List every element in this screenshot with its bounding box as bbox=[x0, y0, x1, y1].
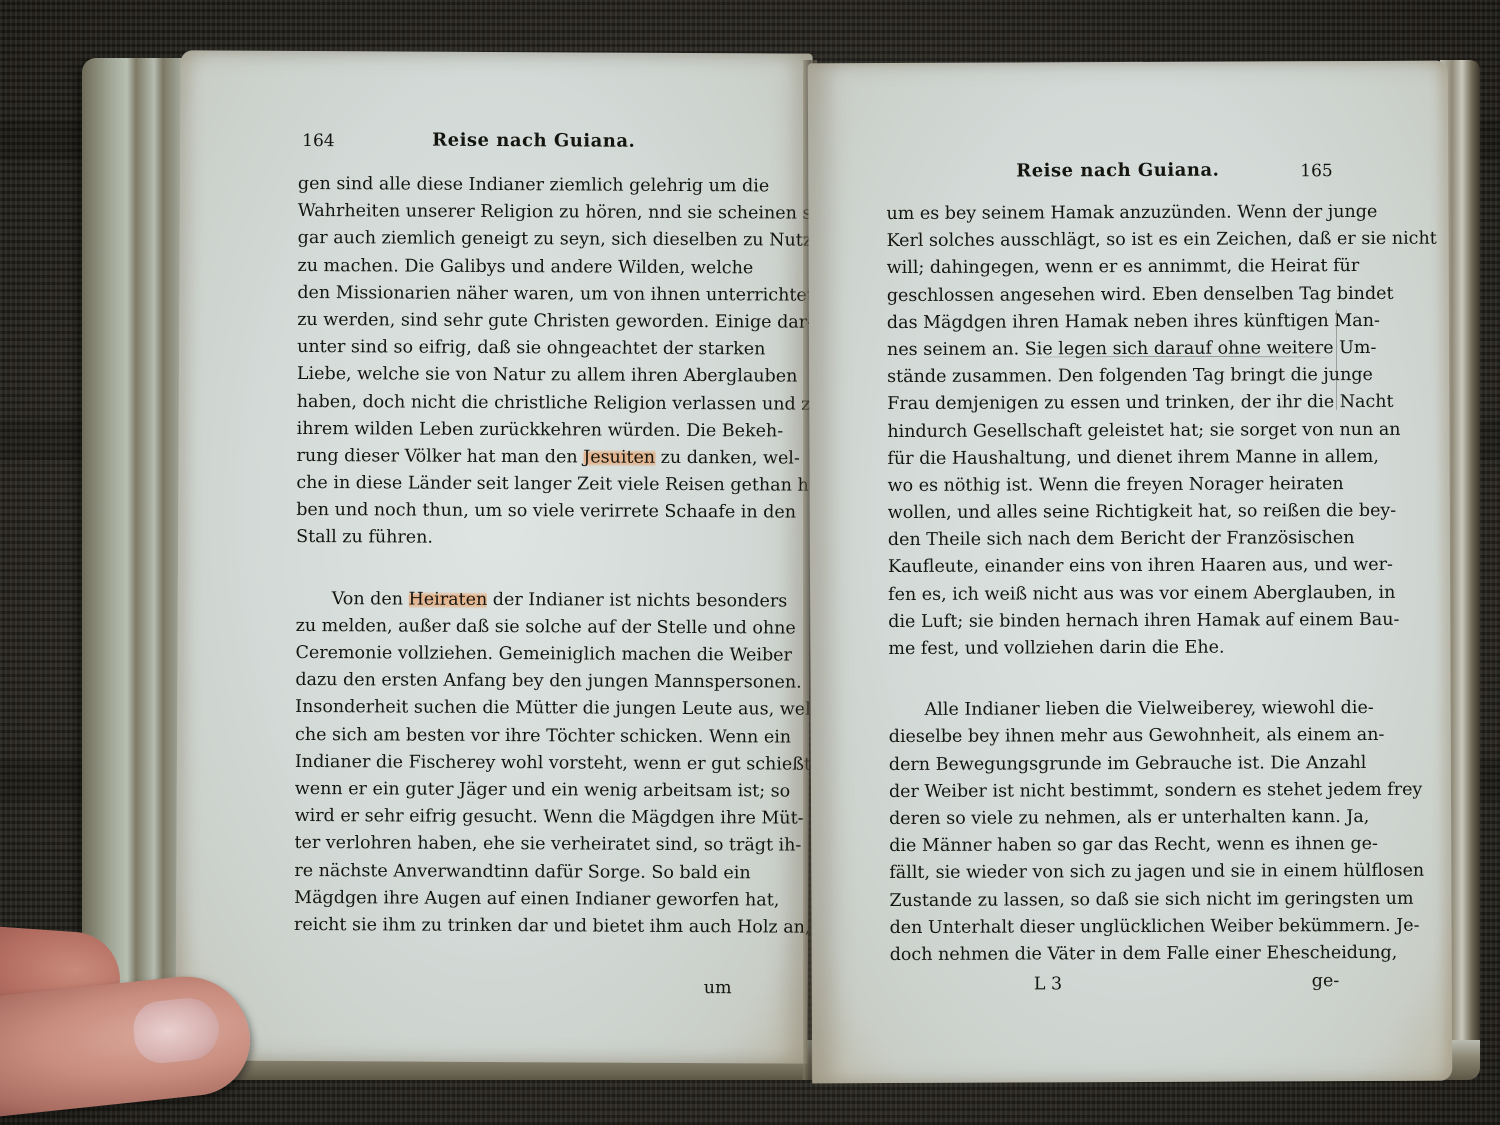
page-number-right: 165 bbox=[1300, 161, 1333, 181]
pencil-underline-mark bbox=[1030, 356, 1330, 359]
text-line: haben, doch nicht die christliche Religi… bbox=[297, 388, 745, 418]
left-page: 164 Reise nach Guiana. gen sind alle die… bbox=[175, 50, 812, 1063]
text-line: ihrem wilden Leben zurückkehren würden. … bbox=[297, 416, 745, 446]
text-line: wo es nöthig ist. Wenn die freyen Norage… bbox=[888, 471, 1336, 500]
text-line: den Theile sich nach dem Bericht der Fra… bbox=[888, 525, 1336, 554]
thumb bbox=[0, 970, 255, 1120]
text-line: dern Bewegungsgrunde im Gebrauche ist. D… bbox=[889, 750, 1337, 779]
text-line: wird er sehr eifrig gesucht. Wenn die Mä… bbox=[295, 803, 743, 833]
text-line: zu werden, sind sehr gute Christen gewor… bbox=[297, 307, 745, 337]
text-line: die Luft; sie binden hernach ihren Hamak… bbox=[888, 607, 1336, 636]
pencil-margin-mark bbox=[1336, 310, 1339, 410]
running-header-right: Reise nach Guiana. bbox=[1016, 160, 1219, 182]
catchword-right: ge- bbox=[1312, 971, 1340, 991]
text-line: re nächste Anverwandtinn dafür Sorge. So… bbox=[294, 857, 742, 887]
text-line: den Missionarien näher waren, um von ihn… bbox=[297, 280, 745, 310]
running-header-left: Reise nach Guiana. bbox=[432, 130, 635, 152]
text-line: den Unterhalt dieser unglücklichen Weibe… bbox=[889, 913, 1337, 942]
text-line: doch nehmen die Väter in dem Falle einer… bbox=[890, 940, 1338, 969]
text-line: fällt, sie wieder von sich zu jagen und … bbox=[889, 858, 1337, 887]
page-number-left: 164 bbox=[302, 131, 335, 151]
text-line: wenn er ein guter Jäger und ein wenig ar… bbox=[295, 776, 743, 806]
text-line: geschlossen angesehen wird. Eben denselb… bbox=[887, 281, 1335, 310]
text-line: Stall zu führen. bbox=[296, 524, 744, 554]
text-line: Zustande zu lassen, so daß sie sich nich… bbox=[889, 886, 1337, 915]
text-line: zu melden, außer daß sie solche auf der … bbox=[296, 613, 744, 643]
text-line: das Mägdgen ihren Hamak neben ihres künf… bbox=[887, 308, 1335, 337]
signature-mark: L 3 bbox=[1034, 974, 1062, 994]
text-line: che sich am besten vor ihre Töchter schi… bbox=[295, 722, 743, 752]
text-line: der Weiber ist nicht bestimmt, sondern e… bbox=[889, 777, 1337, 806]
text-line: will; dahingegen, wenn er es annimmt, di… bbox=[887, 253, 1335, 282]
right-page-text: um es bey seinem Hamak anzuzünden. Wenn … bbox=[886, 199, 1337, 969]
text-line: dazu den ersten Anfang bey den jungen Ma… bbox=[295, 667, 743, 697]
text-line-with-highlight: Von den Heiraten der Indianer ist nichts… bbox=[296, 586, 744, 616]
text-line: ter verlohren haben, ehe sie verheiratet… bbox=[294, 830, 742, 860]
thumbnail bbox=[131, 995, 222, 1066]
right-page: Reise nach Guiana. 165 um es bey seinem … bbox=[808, 61, 1452, 1084]
text-line: deren so viele zu nehmen, als er unterha… bbox=[889, 804, 1337, 833]
text-line: me fest, und vollziehen darin die Ehe. bbox=[888, 634, 1336, 663]
text-line: um es bey seinem Hamak anzuzünden. Wenn … bbox=[886, 199, 1334, 228]
text-line: Frau demjenigen zu essen und trinken, de… bbox=[887, 389, 1335, 418]
text-line: Kaufleute, einander eins von ihren Haare… bbox=[888, 553, 1336, 582]
text-line: Wahrheiten unserer Religion zu hören, nn… bbox=[298, 198, 746, 228]
text-line: Ceremonie vollziehen. Gemeiniglich mache… bbox=[295, 640, 743, 670]
text-line: Kerl solches ausschlägt, so ist es ein Z… bbox=[886, 226, 1334, 255]
text-line: für die Haushaltung, und dienet ihrem Ma… bbox=[887, 444, 1335, 473]
text-line: che in diese Länder seit langer Zeit vie… bbox=[296, 470, 744, 500]
text-line: fen es, ich weiß nicht aus was vor einem… bbox=[888, 580, 1336, 609]
text-line: wollen, und alles seine Richtigkeit hat,… bbox=[888, 498, 1336, 527]
text-line: Insonderheit suchen die Mütter die junge… bbox=[295, 694, 743, 724]
text-line: dieselbe bey ihnen mehr aus Gewohnheit, … bbox=[889, 722, 1337, 751]
text-line: die Männer haben so gar das Recht, wenn … bbox=[889, 831, 1337, 860]
text-line: stände zusammen. Den folgenden Tag bring… bbox=[887, 362, 1335, 391]
text-line: Alle Indianer lieben die Vielweiberey, w… bbox=[889, 695, 1337, 724]
text-line: gar auch ziemlich geneigt zu seyn, sich … bbox=[298, 225, 746, 255]
text-line: Indianer die Fischerey wohl vorsteht, we… bbox=[295, 749, 743, 779]
text-line: nes seinem an. Sie legen sich darauf ohn… bbox=[887, 335, 1335, 364]
left-page-text: gen sind alle diese Indianer ziemlich ge… bbox=[294, 171, 746, 941]
text-line: Liebe, welche sie von Natur zu allem ihr… bbox=[297, 361, 745, 391]
text-line: zu machen. Die Galibys und andere Wilden… bbox=[297, 253, 745, 283]
text-line: gen sind alle diese Indianer ziemlich ge… bbox=[298, 171, 746, 201]
text-line: hindurch Gesellschaft geleistet hat; sie… bbox=[887, 417, 1335, 446]
highlighted-word: Jesuiten bbox=[583, 447, 655, 467]
text-line: ben und noch thun, um so viele verirrete… bbox=[296, 497, 744, 527]
catchword-left: um bbox=[704, 978, 732, 998]
text-line: reicht sie ihm zu trinken dar und bietet… bbox=[294, 912, 742, 942]
text-line: Mägdgen ihre Augen auf einen Indianer ge… bbox=[294, 885, 742, 915]
text-line-with-highlight: rung dieser Völker hat man den Jesuiten … bbox=[296, 443, 744, 473]
text-line: unter sind so eifrig, daß sie ohngeachte… bbox=[297, 334, 745, 364]
highlighted-word: Heiraten bbox=[409, 589, 488, 609]
